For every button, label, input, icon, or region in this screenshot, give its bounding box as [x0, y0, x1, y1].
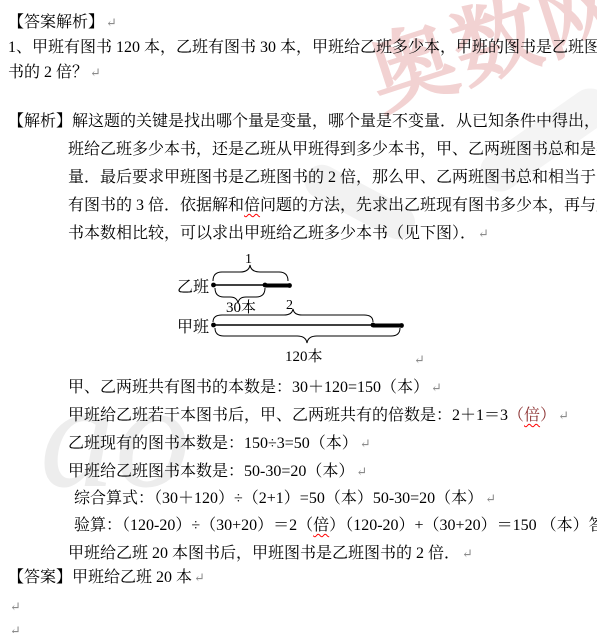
paragraph-mark-icon: ↵	[412, 352, 425, 367]
paragraph-mark-icon: ↵	[104, 15, 117, 30]
step-class-b-now: 乙班现有的图书本数是：150÷3=50（本）↵	[68, 434, 371, 453]
paren: ）	[540, 407, 556, 424]
analysis-line-5: 书本数相比较，可以求出甲班给乙班多少本书（见下图）．↵	[68, 224, 489, 243]
step-text: 综合算式：（30＋120）÷（2+1）=50（本）50-30=20（本）	[74, 490, 483, 507]
paragraph-mark-icon: ↵	[460, 546, 473, 561]
paragraph-mark-icon: ↵	[8, 599, 21, 614]
step-text: 乙班现有的图书本数是：150÷3=50（本）	[68, 435, 358, 452]
paragraph-mark-icon: ↵	[8, 623, 21, 633]
spellcheck-word: 倍	[244, 197, 260, 214]
class-b-books-label: 30本	[226, 299, 256, 316]
step-text: （120-20）+（30+20）＝150 （本）答：	[345, 517, 597, 534]
class-a-label: 甲班	[177, 318, 209, 336]
analysis-text: 量．最后要求甲班图书是乙班图书的 2 倍，那么甲、乙两班图书总和相当于乙班现	[68, 169, 597, 186]
paragraph-mark-icon: ↵	[429, 380, 442, 395]
segment-endpoint-dot	[287, 283, 292, 288]
paragraph-mark-icon: ↵	[358, 436, 371, 451]
step-total-books: 甲、乙两班共有图书的本数是：30＋120=150（本）↵	[68, 378, 442, 397]
step-text: 验算：（120-20）÷（30+20）＝2	[74, 517, 297, 534]
analysis-line-4: 有图书的 3 倍．依据解和倍问题的方法，先求出乙班现有图书多少本，再与原有图	[68, 196, 597, 215]
class-a-books-label: 120本	[285, 348, 323, 365]
segment-endpoint-dot	[263, 283, 268, 288]
segment-endpoint-dot	[399, 323, 404, 328]
paragraph-mark-icon: ↵	[192, 570, 205, 585]
step-multiple-count: 甲班给乙班若干本图书后，甲、乙两班共有的倍数是：2＋1＝3（倍）↵	[68, 406, 569, 425]
class-b-share-label: 1	[245, 252, 252, 267]
segment-endpoint-dot	[211, 323, 216, 328]
class-b-label: 乙班	[177, 278, 209, 296]
paren: （	[297, 517, 313, 534]
paren: （	[508, 407, 524, 424]
segment-endpoint-dot	[211, 283, 216, 288]
final-answer-line: 【答案】甲班给乙班 20 本↵	[8, 568, 205, 587]
step-text: 甲班给乙班 20 本图书后，甲班图书是乙班图书的 2 倍．	[68, 545, 460, 562]
analysis-line-2: 班给乙班多少本书，还是乙班从甲班得到多少本书，甲、乙两班图书总和是不变的	[68, 140, 597, 159]
paragraph-mark-icon: ↵	[483, 491, 496, 506]
analysis-text: 解这题的关键是找出哪个量是变量，哪个量是不变量．从已知条件中得出，不管甲	[72, 113, 597, 130]
step-text: 甲、乙两班共有图书的本数是：30＋120=150（本）	[68, 379, 429, 396]
step-text: 甲班给乙班图书本数是：50-30=20（本）	[68, 463, 354, 480]
question-line-1: 1、甲班有图书 120 本，乙班有图书 30 本，甲班给乙班多少本，甲班的图书是…	[8, 38, 597, 57]
answer-label: 【答案】	[8, 569, 72, 586]
document-page: 奥数网 ao 【答案解析】↵ 1、甲班有图书 120 本，乙班有图书 30 本，…	[0, 0, 597, 633]
paragraph-mark-icon: ↵	[88, 65, 101, 80]
empty-paragraph: ↵	[8, 597, 21, 616]
analysis-line-1: 【解析】解这题的关键是找出哪个量是变量，哪个量是不变量．从已知条件中得出，不管甲	[8, 112, 597, 131]
analysis-label: 【解析】	[8, 113, 72, 130]
question-text: 书的 2 倍？	[8, 64, 88, 81]
paragraph-mark-icon: ↵	[556, 408, 569, 423]
analysis-text: 书本数相比较，可以求出甲班给乙班多少本书（见下图）．	[68, 225, 476, 242]
step-books-given: 甲班给乙班图书本数是：50-30=20（本）↵	[68, 462, 367, 481]
step-text: 甲班给乙班若干本图书后，甲、乙两班共有的倍数是：2＋1＝3	[68, 407, 508, 424]
spellcheck-word: 倍	[313, 517, 329, 534]
spellcheck-word: 倍	[524, 407, 540, 424]
segment-endpoint-dot	[371, 323, 376, 328]
empty-paragraph: ↵	[8, 621, 21, 633]
step-verification: 验算：（120-20）÷（30+20）＝2（倍）（120-20）+（30+20）…	[74, 516, 597, 535]
step-combined-expression: 综合算式：（30＋120）÷（2+1）=50（本）50-30=20（本）↵	[74, 489, 496, 508]
question-line-2: 书的 2 倍？↵	[8, 63, 101, 82]
bar-model-diagram: 乙班 1 30本 2 甲班 120本	[170, 245, 450, 370]
class-a-share-label: 2	[286, 298, 293, 313]
answer-analysis-title: 【答案解析】	[8, 14, 104, 31]
paragraph-mark-icon: ↵	[476, 226, 489, 241]
paragraph-mark-icon: ↵	[354, 464, 367, 479]
analysis-text: 班给乙班多少本书，还是乙班从甲班得到多少本书，甲、乙两班图书总和是不变的	[68, 141, 597, 158]
diagram-paragraph-mark: ↵	[412, 350, 425, 369]
class-b-top-brace	[213, 265, 288, 281]
class-a-bottom-brace	[215, 328, 400, 343]
step-conclusion: 甲班给乙班 20 本图书后，甲班图书是乙班图书的 2 倍．↵	[68, 544, 473, 563]
paren: ）	[329, 517, 345, 534]
answer-text: 甲班给乙班 20 本	[72, 569, 192, 586]
section-title-analysis-header: 【答案解析】↵	[8, 13, 117, 32]
analysis-line-3: 量．最后要求甲班图书是乙班图书的 2 倍，那么甲、乙两班图书总和相当于乙班现	[68, 168, 597, 187]
question-text: 1、甲班有图书 120 本，乙班有图书 30 本，甲班给乙班多少本，甲班的图书是…	[8, 39, 597, 56]
analysis-text: 有图书的 3 倍．依据解和	[68, 197, 244, 214]
analysis-text: 问题的方法，先求出乙班现有图书多少本，再与原有图	[260, 197, 597, 214]
